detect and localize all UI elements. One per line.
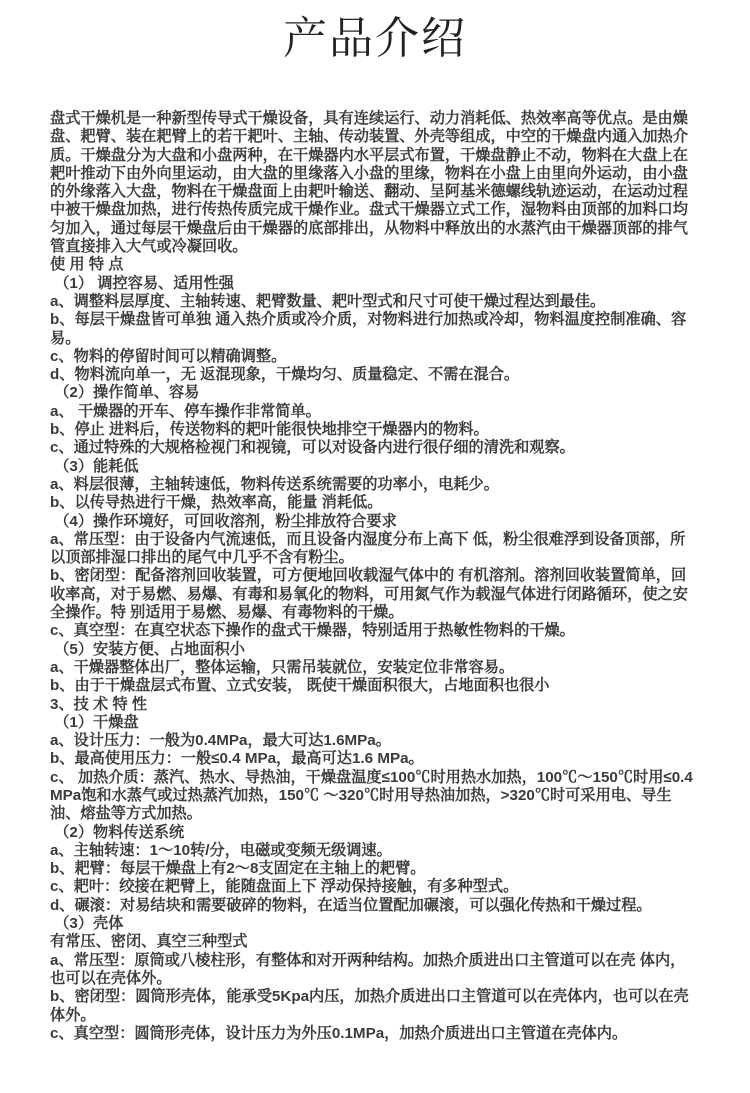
paragraph: 3、技 术 特 性 <box>50 696 700 714</box>
paragraph: b、耙臂：每层干燥盘上有2～8支固定在主轴上的耙臂。 <box>50 860 700 878</box>
paragraph: （4）操作环境好，可回收溶剂，粉尘排放符合要求 <box>50 513 700 531</box>
product-intro-page: 产品介绍 盘式干燥机是一种新型传导式干燥设备，具有连续运行、动力消耗低、热效率高… <box>0 0 750 1093</box>
paragraph: c、物料的停留时间可以精确调整。 <box>50 348 700 366</box>
paragraph: b、密闭型：圆筒形壳体，能承受5Kpa内压，加热介质进出口主管道可以在壳体内，也… <box>50 988 700 1025</box>
paragraph: 有常压、密闭、真空三种型式 <box>50 933 700 951</box>
paragraph: b、密闭型：配备溶剂回收装置，可方便地回收载湿气体中的 有机溶剂。溶剂回收装置简… <box>50 567 700 622</box>
paragraph: b、最高使用压力：一般≤0.4 MPa，最高可达1.6 MPa。 <box>50 750 700 768</box>
paragraph: a、料层很薄，主轴转速低，物料传送系统需要的功率小，电耗少。 <box>50 476 700 494</box>
paragraph: b、以传导热进行干燥，热效率高，能量 消耗低。 <box>50 494 700 512</box>
paragraph: （3）壳体 <box>50 915 700 933</box>
paragraph: c、耙叶：绞接在耙臂上，能随盘面上下 浮动保持接触，有多种型式。 <box>50 878 700 896</box>
paragraph: a、干燥器整体出厂，整体运输，只需吊装就位，安装定位非常容易。 <box>50 659 700 677</box>
paragraph: a、设计压力：一般为0.4MPa，最大可达1.6MPa。 <box>50 732 700 750</box>
paragraph: （3）能耗低 <box>50 458 700 476</box>
product-description: 盘式干燥机是一种新型传导式干燥设备，具有连续运行、动力消耗低、热效率高等优点。是… <box>50 110 700 1043</box>
paragraph: 盘式干燥机是一种新型传导式干燥设备，具有连续运行、动力消耗低、热效率高等优点。是… <box>50 110 700 256</box>
paragraph: d、物料流向单一，无 返混现象，干燥均匀、质量稳定、不需在混合。 <box>50 366 700 384</box>
paragraph: （5）安装方便、占地面积小 <box>50 641 700 659</box>
paragraph: a、常压型：原筒或八棱柱形，有整体和对开两种结构。加热介质进出口主管道可以在壳 … <box>50 952 700 989</box>
paragraph: c、真空型：在真空状态下操作的盘式干燥器，特别适用于热敏性物料的干燥。 <box>50 622 700 640</box>
paragraph: （1）干燥盘 <box>50 714 700 732</box>
paragraph: b、由于干燥盘层式布置、立式安装， 既使干燥面积很大，占地面积也很小 <box>50 677 700 695</box>
paragraph: a、常压型：由于设备内气流速低，而且设备内湿度分布上高下 低，粉尘很难浮到设备顶… <box>50 531 700 568</box>
paragraph: a、 干燥器的开车、停车操作非常简单。 <box>50 403 700 421</box>
paragraph: b、每层干燥盘皆可单独 通入热介质或冷介质，对物料进行加热或冷却，物料温度控制准… <box>50 311 700 348</box>
paragraph: c、通过特殊的大规格检视门和视镜，可以对设备内进行很仔细的清洗和观察。 <box>50 439 700 457</box>
paragraph: c、真空型：圆筒形壳体，设计压力为外压0.1MPa，加热介质进出口主管道在壳体内… <box>50 1025 700 1043</box>
paragraph: a、调整料层厚度、主轴转速、耙臂数量、耙叶型式和尺寸可使干燥过程达到最佳。 <box>50 293 700 311</box>
paragraph: （2）物料传送系统 <box>50 824 700 842</box>
paragraph: 使 用 特 点 <box>50 256 700 274</box>
page-title: 产品介绍 <box>0 14 750 64</box>
paragraph: b、停止 进料后，传送物料的耙叶能很快地排空干燥器内的物料。 <box>50 421 700 439</box>
paragraph: c、 加热介质：蒸汽、热水、导热油，干燥盘温度≤100℃时用热水加热，100℃～… <box>50 769 700 824</box>
paragraph: a、主轴转速：1～10转/分，电磁或变频无级调速。 <box>50 842 700 860</box>
paragraph: d、碾滚：对易结块和需要破碎的物料，在适当位置配加碾滚，可以强化传热和干燥过程。 <box>50 897 700 915</box>
paragraph: （2）操作简单、容易 <box>50 384 700 402</box>
paragraph: （1） 调控容易、适用性强 <box>50 275 700 293</box>
